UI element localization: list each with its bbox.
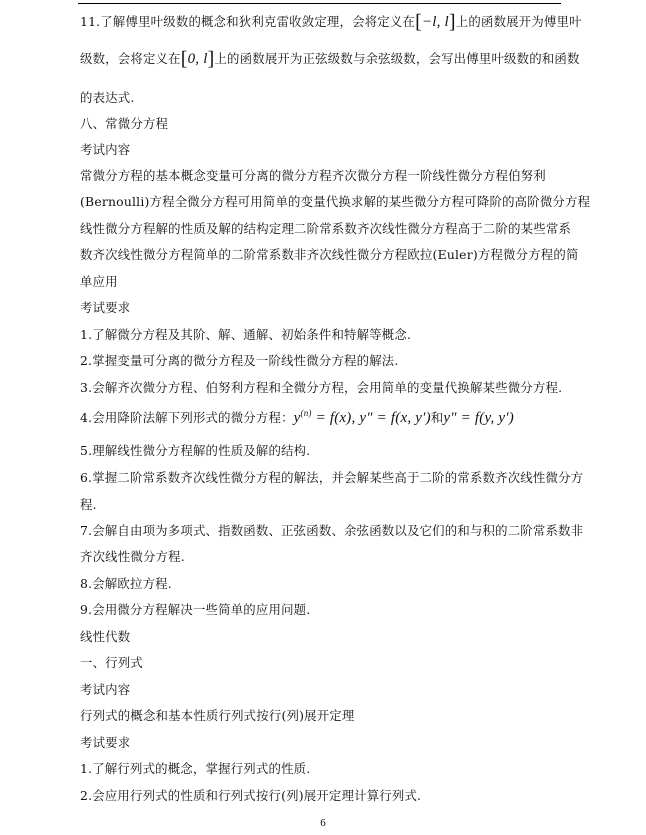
formula-conjunction: 和 xyxy=(431,410,444,425)
page-number: 6 xyxy=(0,817,646,829)
text-line: 7.会解自由项为多项式、指数函数、正弦函数、余弦函数以及它们的和与积的二阶常系数… xyxy=(80,523,570,539)
text-line: 3.会解齐次微分方程、伯努利方程和全微分方程，会用简单的变量代换解某些微分方程. xyxy=(80,380,570,396)
header-rule xyxy=(78,3,561,4)
right-bracket: ] xyxy=(449,11,456,33)
text-line: 考试要求 xyxy=(80,300,570,316)
left-bracket: [ xyxy=(415,11,422,33)
left-bracket: [ xyxy=(181,48,188,70)
ode-formula: y(n) = f(x), y″ = f(x, y′)和y″ = f(y, y′) xyxy=(294,410,514,426)
text-line: 行列式的概念和基本性质行列式按行(列)展开定理 xyxy=(80,708,570,724)
text-line: 8.会解欧拉方程. xyxy=(80,576,570,592)
text-line: 6.掌握二阶常系数齐次线性微分方程的解法，并会解某些高于二阶的常系数齐次线性微分… xyxy=(80,470,570,486)
interval-value: 0, l xyxy=(188,51,208,67)
text-line: 1.了解微分方程及其阶、解、通解、初始条件和特解等概念. xyxy=(80,327,570,343)
text-line: 2.掌握变量可分离的微分方程及一阶线性微分方程的解法. xyxy=(80,353,570,369)
text-line: 11.了解傅里叶级数的概念和狄利克雷收敛定理，会将定义在[−l, l]上的函数展… xyxy=(80,14,570,30)
text-line: 考试要求 xyxy=(80,735,570,751)
text-line: 齐次线性微分方程. xyxy=(80,549,570,565)
text-segment: 上的函数展开为正弦级数与余弦级数，会写出傅里叶级数的和函数 xyxy=(214,51,579,66)
text-line: 1.了解行列式的概念，掌握行列式的性质. xyxy=(80,761,570,777)
formula-superscript: (n) xyxy=(301,408,312,418)
text-segment: 4.会用降阶法解下列形式的微分方程： xyxy=(80,410,294,425)
text-line: 的表达式. xyxy=(80,90,570,106)
formula-part: = f(x), y″ = f(x, y′) xyxy=(312,410,431,426)
text-line: 单应用 xyxy=(80,274,570,290)
text-line: 2.会应用行列式的性质和行列式按行(列)展开定理计算行列式. xyxy=(80,788,570,804)
formula-part: y xyxy=(294,410,301,426)
text-line: 八、常微分方程 xyxy=(80,116,570,132)
text-segment: 级数，会将定义在 xyxy=(80,51,181,66)
interval-expression: [0, l] xyxy=(181,51,215,67)
text-line: 线性微分方程解的性质及解的结构定理二阶常系数齐次线性微分方程高于二阶的某些常系 xyxy=(80,221,570,237)
interval-value: −l, l xyxy=(422,14,449,30)
text-line: (Bernoulli)方程全微分方程可用简单的变量代换求解的某些微分方程可降阶的… xyxy=(80,194,570,210)
text-line: 常微分方程的基本概念变量可分离的微分方程齐次微分方程一阶线性微分方程伯努利 xyxy=(80,168,570,184)
text-line: 一、行列式 xyxy=(80,655,570,671)
text-line: 数齐次线性微分方程简单的二阶常系数非齐次线性微分方程欧拉(Euler)方程微分方… xyxy=(80,247,570,263)
text-line: 考试内容 xyxy=(80,682,570,698)
text-segment: 上的函数展开为傅里叶 xyxy=(456,14,582,29)
formula-part: y″ = f(y, y′) xyxy=(443,410,514,426)
text-line: 级数，会将定义在[0, l]上的函数展开为正弦级数与余弦级数，会写出傅里叶级数的… xyxy=(80,51,570,67)
text-line: 4.会用降阶法解下列形式的微分方程：y(n) = f(x), y″ = f(x,… xyxy=(80,405,570,426)
text-line: 9.会用微分方程解决一些简单的应用问题. xyxy=(80,602,570,618)
text-line: 考试内容 xyxy=(80,142,570,158)
interval-expression: [−l, l] xyxy=(415,14,456,30)
text-segment: 11.了解傅里叶级数的概念和狄利克雷收敛定理，会将定义在 xyxy=(80,14,415,29)
text-line: 线性代数 xyxy=(80,629,570,645)
text-line: 程. xyxy=(80,497,570,513)
text-line: 5.理解线性微分方程解的性质及解的结构. xyxy=(80,443,570,459)
